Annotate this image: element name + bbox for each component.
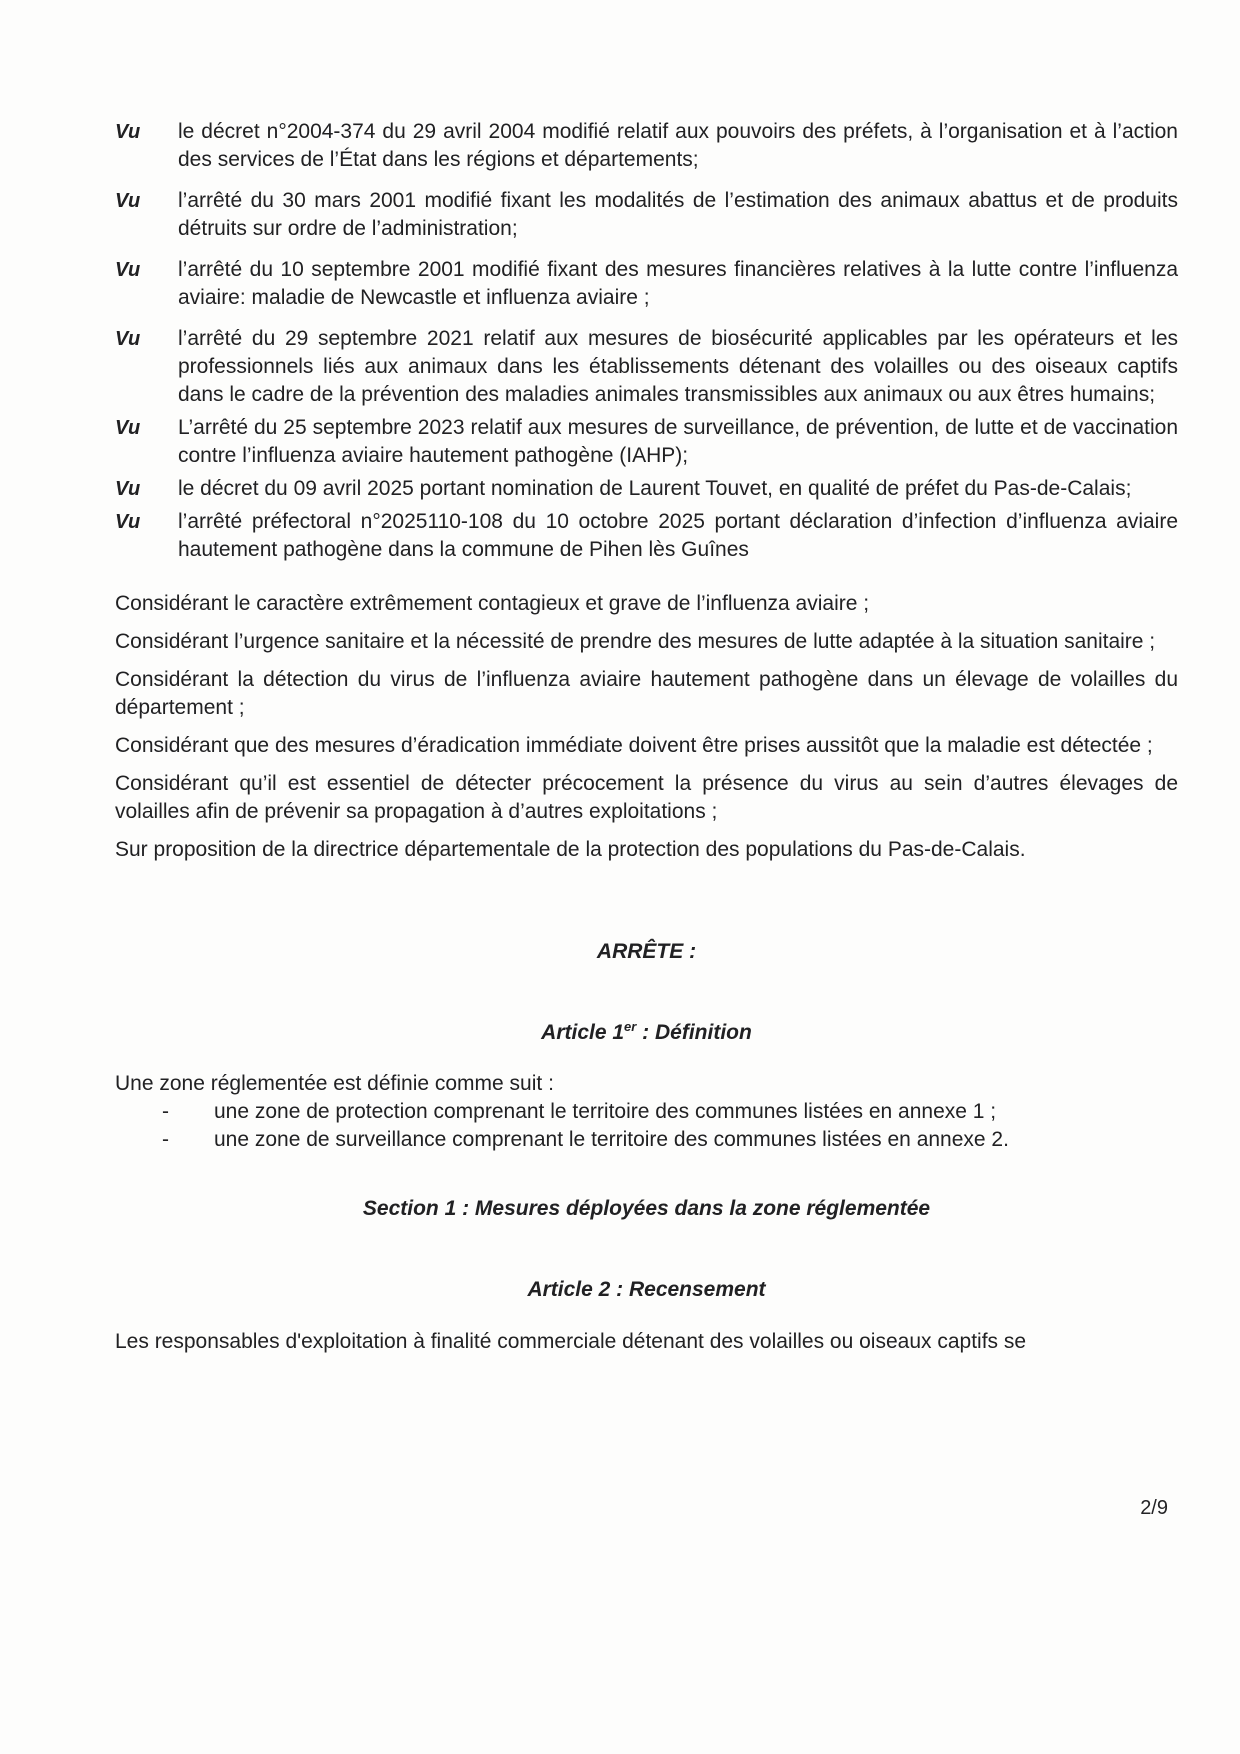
considerant-list: Considérant le caractère extrêmement con… <box>115 590 1178 864</box>
considerant-paragraph: Considérant le caractère extrêmement con… <box>115 590 1178 618</box>
document-content: Vu le décret n°2004-374 du 29 avril 2004… <box>115 118 1178 1356</box>
vu-text: l’arrêté du 29 septembre 2021 relatif au… <box>178 325 1178 409</box>
list-dash: - <box>148 1098 214 1126</box>
definition-item-text: une zone de surveillance comprenant le t… <box>214 1126 1178 1154</box>
vu-text: le décret n°2004-374 du 29 avril 2004 mo… <box>178 118 1178 174</box>
vu-list: Vu le décret n°2004-374 du 29 avril 2004… <box>115 118 1178 564</box>
article1-heading: Article 1er : Définition <box>115 1019 1178 1047</box>
vu-item: Vu le décret du 09 avril 2025 portant no… <box>115 475 1178 503</box>
section1-heading: Section 1 : Mesures déployées dans la zo… <box>115 1195 1178 1223</box>
vu-item: Vu l’arrêté préfectoral n°2025110-108 du… <box>115 508 1178 564</box>
definition-item-text: une zone de protection comprenant le ter… <box>214 1098 1178 1126</box>
vu-item: Vu le décret n°2004-374 du 29 avril 2004… <box>115 118 1178 174</box>
considerant-paragraph: Considérant qu’il est essentiel de détec… <box>115 770 1178 826</box>
article1-heading-rest: : Définition <box>636 1021 751 1044</box>
article1-heading-superscript: er <box>624 1019 636 1034</box>
page-number: 2/9 <box>1140 1494 1168 1522</box>
document-page: Vu le décret n°2004-374 du 29 avril 2004… <box>0 0 1240 1754</box>
vu-label: Vu <box>115 414 178 442</box>
vu-text: L’arrêté du 25 septembre 2023 relatif au… <box>178 414 1178 470</box>
vu-text: le décret du 09 avril 2025 portant nomin… <box>178 475 1178 503</box>
considerant-paragraph: Considérant l’urgence sanitaire et la né… <box>115 628 1178 656</box>
vu-text: l’arrêté préfectoral n°2025110-108 du 10… <box>178 508 1178 564</box>
vu-text: l’arrêté du 30 mars 2001 modifié fixant … <box>178 187 1178 243</box>
vu-label: Vu <box>115 508 178 536</box>
article1-heading-main: Article 1 <box>541 1021 624 1044</box>
vu-item: Vu l’arrêté du 10 septembre 2001 modifié… <box>115 256 1178 312</box>
vu-item: Vu l’arrêté du 29 septembre 2021 relatif… <box>115 325 1178 409</box>
article2-heading: Article 2 : Recensement <box>115 1276 1178 1304</box>
vu-item: Vu l’arrêté du 30 mars 2001 modifié fixa… <box>115 187 1178 243</box>
vu-label: Vu <box>115 475 178 503</box>
definition-list: - une zone de protection comprenant le t… <box>115 1098 1178 1154</box>
arrete-heading: ARRÊTE : <box>115 938 1178 966</box>
vu-label: Vu <box>115 118 178 146</box>
considerant-paragraph: Considérant que des mesures d’éradicatio… <box>115 732 1178 760</box>
article2-body-paragraph: Les responsables d'exploitation à finali… <box>115 1328 1178 1356</box>
vu-label: Vu <box>115 187 178 215</box>
vu-item: Vu L’arrêté du 25 septembre 2023 relatif… <box>115 414 1178 470</box>
considerant-paragraph: Considérant la détection du virus de l’i… <box>115 666 1178 722</box>
vu-label: Vu <box>115 256 178 284</box>
definition-intro: Une zone réglementée est définie comme s… <box>115 1070 1178 1098</box>
vu-text: l’arrêté du 10 septembre 2001 modifié fi… <box>178 256 1178 312</box>
sur-proposition-paragraph: Sur proposition de la directrice départe… <box>115 836 1178 864</box>
definition-list-item: - une zone de protection comprenant le t… <box>115 1098 1178 1126</box>
list-dash: - <box>148 1126 214 1154</box>
vu-label: Vu <box>115 325 178 353</box>
definition-list-item: - une zone de surveillance comprenant le… <box>115 1126 1178 1154</box>
